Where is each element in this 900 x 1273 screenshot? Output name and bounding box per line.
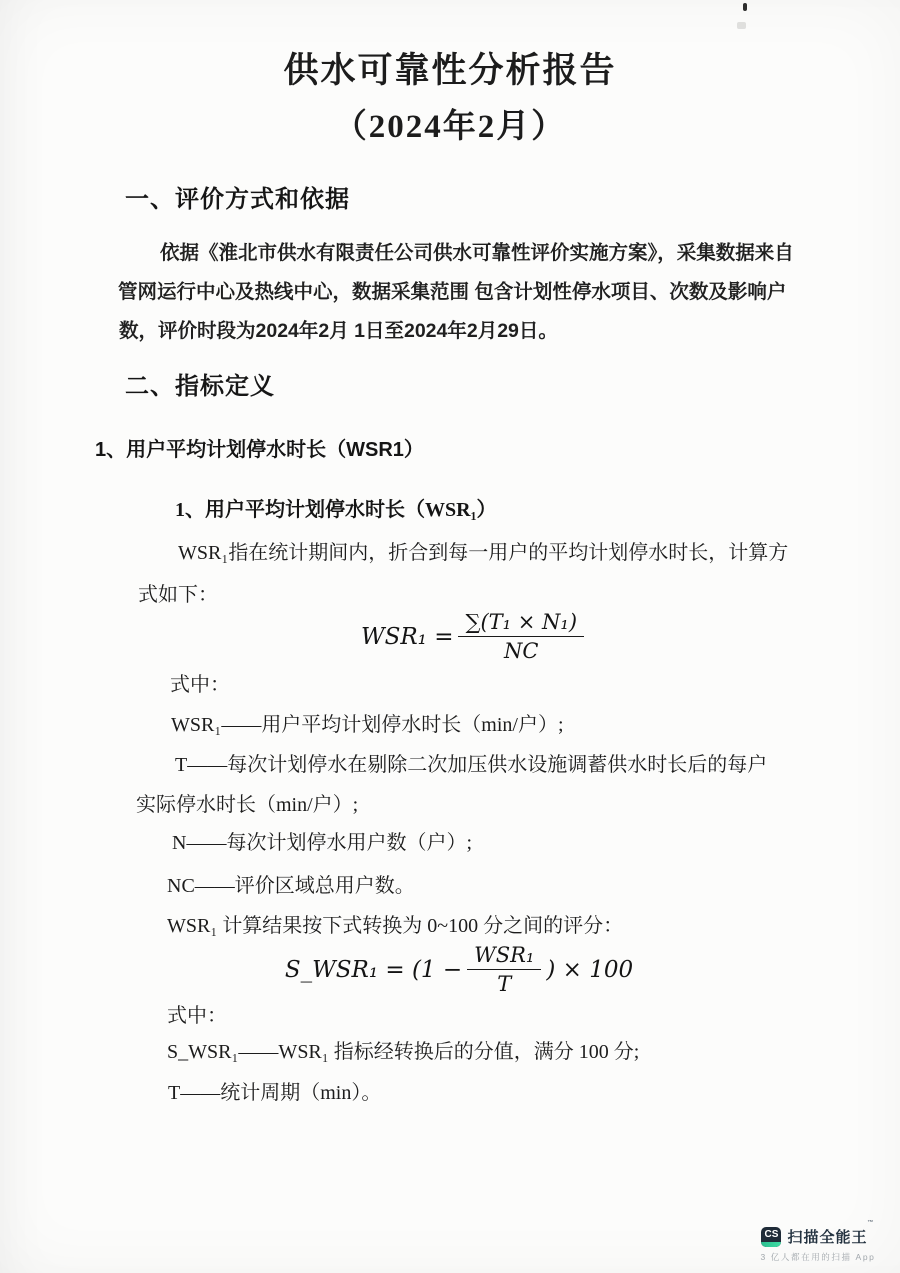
formula-swsr1-numerator: WSR₁ [467,943,541,970]
camscanner-logo-letters: CS [765,1227,779,1242]
formula-swsr1-rhs: ) × 100 [546,957,633,983]
section-1-paragraph-line-1: 依据《淮北市供水有限责任公司供水可靠性评价实施方案》，采集数据来自 [160,240,900,266]
list-item-wsr1-outer: 1、用户平均计划停水时长（WSR1） [95,437,900,463]
scanned-document-page: 供水可靠性分析报告 （2024年2月） 一、评价方式和依据 依据《淮北市供水有限… [0,0,900,1273]
formula-swsr1-fraction: WSR₁ T [467,943,541,996]
formula-swsr1-lhs: S_WSR₁ = (1 − [285,957,462,983]
camscanner-app-name-text: 扫描全能王 [787,1229,867,1246]
definition-swsr1: S_WSR₁——WSR₁ 指标经转换后的分值，满分 100 分; [167,1039,900,1065]
definition-t-line-2: 实际停水时长（min/户）; [136,792,900,818]
where-label-1: 式中： [170,672,900,698]
section-1-paragraph-line-2: 管网运行中心及热线中心，数据采集范围 包含计划性停水项目、次数及影响户 [118,279,900,305]
formula-swsr1-denominator: T [467,970,541,996]
camscanner-app-name: 扫描全能王™ [787,1226,874,1247]
where-label-2: 式中： [167,1003,900,1029]
logo-accent-strip [761,1242,781,1247]
conversion-intro: WSR₁ 计算结果按下式转换为 0~100 分之间的评分： [167,913,900,939]
camscanner-logo-icon: CS [761,1227,781,1247]
definition-n: N——每次计划停水用户数（户）; [172,830,900,856]
wsr1-intro-line-2: 式如下： [138,582,900,608]
subheading-wsr1-inner: 1、用户平均计划停水时长（WSR₁） [175,497,900,523]
scan-artifact-mark [737,22,746,29]
camscanner-watermark: CS 扫描全能王™ 3 亿人都在用的扫描 App [752,1226,884,1263]
definition-wsr1: WSR₁——用户平均计划停水时长（min/户）; [171,712,900,738]
formula-wsr1-denominator: NC [458,637,584,663]
section-2-heading: 二、指标定义 [125,370,900,404]
formula-wsr1: WSR₁ = ∑(T₁ × N₁) NC [0,610,900,663]
trademark-symbol: ™ [868,1220,875,1226]
formula-swsr1: S_WSR₁ = (1 − WSR₁ T ) × 100 [0,943,900,996]
formula-wsr1-numerator: ∑(T₁ × N₁) [458,610,584,637]
report-subtitle: （2024年2月） [0,104,900,150]
report-title: 供水可靠性分析报告 [0,0,900,94]
formula-wsr1-lhs: WSR₁ = [361,624,454,650]
formula-wsr1-fraction: ∑(T₁ × N₁) NC [458,610,584,663]
camscanner-tagline: 3 亿人都在用的扫描 App [752,1251,884,1263]
scan-artifact-dot [743,3,747,11]
wsr1-intro-line-1: WSR₁指在统计期间内，折合到每一用户的平均计划停水时长，计算方 [178,540,900,566]
definition-t-line-1: T——每次计划停水在剔除二次加压供水设施调蓄供水时长后的每户 [175,752,900,778]
section-1-paragraph-line-3: 数，评价时段为2024年2月 1日至2024年2月29日。 [119,318,900,344]
section-1-heading: 一、评价方式和依据 [125,183,900,217]
definition-t-period: T——统计周期（min）。 [168,1080,900,1106]
definition-nc: NC——评价区域总用户数。 [167,873,900,899]
